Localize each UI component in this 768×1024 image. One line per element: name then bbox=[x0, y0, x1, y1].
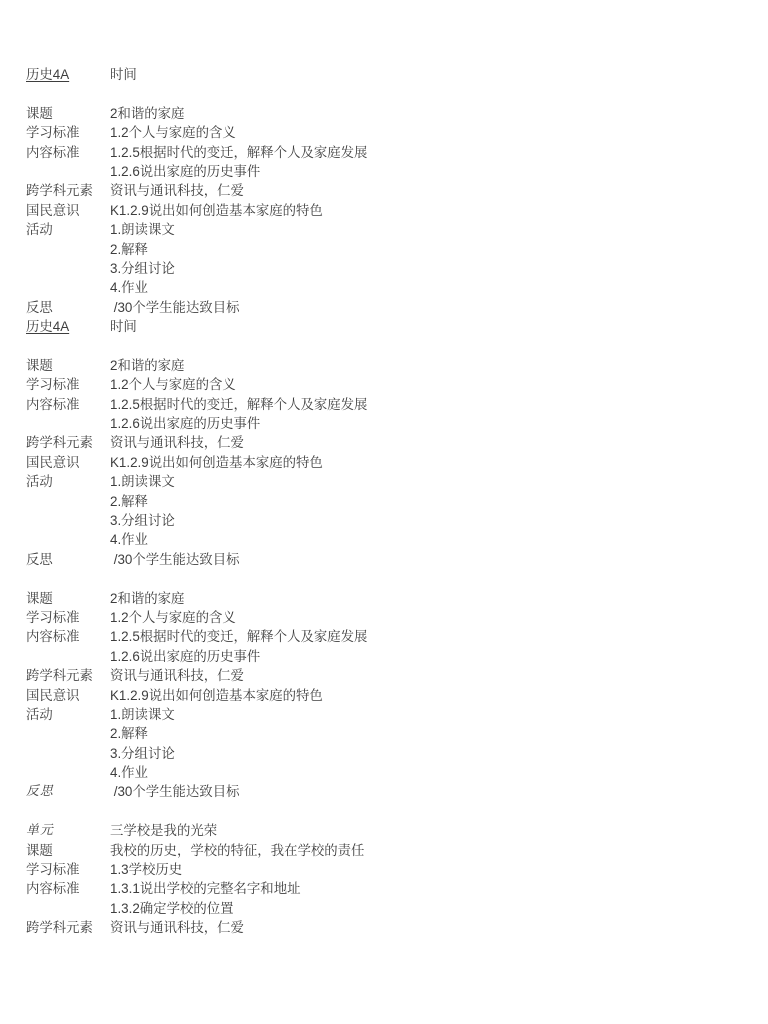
document-row: 1.3.2确定学校的位置 bbox=[26, 899, 742, 918]
document-row: 课题2和谐的家庭 bbox=[26, 589, 742, 608]
document-row: 活动1.朗读课文 bbox=[26, 220, 742, 239]
row-value: 1.2个人与家庭的含义 bbox=[110, 608, 742, 627]
row-value: 2.解释 bbox=[110, 724, 742, 743]
document-row: 反思 /30个学生能达致目标 bbox=[26, 298, 742, 317]
row-value: 3.分组讨论 bbox=[110, 744, 742, 763]
row-value: 我校的历史，学校的特征，我在学校的责任 bbox=[110, 841, 742, 860]
row-value: 1.朗读课文 bbox=[110, 472, 742, 491]
document-row: 课题2和谐的家庭 bbox=[26, 356, 742, 375]
document-row: 国民意识K1.2.9说出如何创造基本家庭的特色 bbox=[26, 453, 742, 472]
row-value: 2.解释 bbox=[110, 492, 742, 511]
row-value: 4.作业 bbox=[110, 530, 742, 549]
row-value: 三学校是我的光荣 bbox=[110, 821, 742, 840]
row-value: 1.朗读课文 bbox=[110, 705, 742, 724]
row-label: 国民意识 bbox=[26, 201, 110, 220]
row-label: 跨学科元素 bbox=[26, 433, 110, 452]
row-value: /30个学生能达致目标 bbox=[110, 782, 742, 801]
row-label: 课题 bbox=[26, 589, 110, 608]
row-value: 1.2个人与家庭的含义 bbox=[110, 375, 742, 394]
row-label: 学习标准 bbox=[26, 375, 110, 394]
row-value: 4.作业 bbox=[110, 278, 742, 297]
row-label: 国民意识 bbox=[26, 686, 110, 705]
row-value: 资讯与通讯科技，仁爱 bbox=[110, 666, 742, 685]
row-label: 活动 bbox=[26, 220, 110, 239]
row-value: 3.分组讨论 bbox=[110, 511, 742, 530]
row-label: 内容标准 bbox=[26, 627, 110, 646]
row-label: 活动 bbox=[26, 705, 110, 724]
row-label: 反思 bbox=[26, 298, 110, 317]
document-row: 内容标准1.2.5根据时代的变迁，解释个人及家庭发展 bbox=[26, 627, 742, 646]
document-row: 国民意识K1.2.9说出如何创造基本家庭的特色 bbox=[26, 686, 742, 705]
row-label: 反思 bbox=[26, 550, 110, 569]
document-row: 跨学科元素资讯与通讯科技，仁爱 bbox=[26, 433, 742, 452]
row-value: 时间 bbox=[110, 317, 742, 336]
document-row: 内容标准1.2.5根据时代的变迁，解释个人及家庭发展 bbox=[26, 395, 742, 414]
document-row: 3.分组讨论 bbox=[26, 744, 742, 763]
document-row: 4.作业 bbox=[26, 530, 742, 549]
row-value: 2和谐的家庭 bbox=[110, 104, 742, 123]
row-label: 内容标准 bbox=[26, 879, 110, 898]
document-row: 历史4A时间 bbox=[26, 65, 742, 84]
row-value: 1.2.6说出家庭的历史事件 bbox=[110, 647, 742, 666]
row-label: 内容标准 bbox=[26, 395, 110, 414]
row-value: 4.作业 bbox=[110, 763, 742, 782]
row-label: 课题 bbox=[26, 841, 110, 860]
document-row: 1.2.6说出家庭的历史事件 bbox=[26, 647, 742, 666]
row-label: 历史4A bbox=[26, 317, 110, 336]
document-row: 1.2.6说出家庭的历史事件 bbox=[26, 162, 742, 181]
row-value: 1.2.5根据时代的变迁，解释个人及家庭发展 bbox=[110, 627, 742, 646]
document-row: 跨学科元素资讯与通讯科技，仁爱 bbox=[26, 666, 742, 685]
row-label: 学习标准 bbox=[26, 860, 110, 879]
row-value: 1.2.5根据时代的变迁，解释个人及家庭发展 bbox=[110, 395, 742, 414]
document-row: 2.解释 bbox=[26, 240, 742, 259]
spacer-row bbox=[26, 802, 742, 821]
row-value: 1.2.6说出家庭的历史事件 bbox=[110, 414, 742, 433]
document-row: 内容标准1.3.1说出学校的完整名字和地址 bbox=[26, 879, 742, 898]
lesson-plan-document: 历史4A时间课题2和谐的家庭学习标准1.2个人与家庭的含义内容标准1.2.5根据… bbox=[26, 65, 742, 938]
document-row: 反思 /30个学生能达致目标 bbox=[26, 550, 742, 569]
document-row: 反思 /30个学生能达致目标 bbox=[26, 782, 742, 801]
document-row: 课题我校的历史，学校的特征，我在学校的责任 bbox=[26, 841, 742, 860]
row-label: 国民意识 bbox=[26, 453, 110, 472]
document-row: 4.作业 bbox=[26, 278, 742, 297]
row-label: 学习标准 bbox=[26, 608, 110, 627]
row-value: /30个学生能达致目标 bbox=[110, 550, 742, 569]
row-label: 内容标准 bbox=[26, 143, 110, 162]
document-row: 3.分组讨论 bbox=[26, 511, 742, 530]
document-row: 国民意识K1.2.9说出如何创造基本家庭的特色 bbox=[26, 201, 742, 220]
document-row: 历史4A时间 bbox=[26, 317, 742, 336]
row-label: 学习标准 bbox=[26, 123, 110, 142]
row-value: 1.2个人与家庭的含义 bbox=[110, 123, 742, 142]
document-row: 内容标准1.2.5根据时代的变迁，解释个人及家庭发展 bbox=[26, 143, 742, 162]
row-value: 3.分组讨论 bbox=[110, 259, 742, 278]
document-row: 2.解释 bbox=[26, 492, 742, 511]
row-label: 跨学科元素 bbox=[26, 181, 110, 200]
document-row: 学习标准1.2个人与家庭的含义 bbox=[26, 123, 742, 142]
document-row: 活动1.朗读课文 bbox=[26, 472, 742, 491]
document-row: 4.作业 bbox=[26, 763, 742, 782]
row-value: 1.2.5根据时代的变迁，解释个人及家庭发展 bbox=[110, 143, 742, 162]
row-value: 1.3.2确定学校的位置 bbox=[110, 899, 742, 918]
row-value: 2和谐的家庭 bbox=[110, 589, 742, 608]
document-row: 单元三学校是我的光荣 bbox=[26, 821, 742, 840]
row-value: 1.3.1说出学校的完整名字和地址 bbox=[110, 879, 742, 898]
row-value: 1.2.6说出家庭的历史事件 bbox=[110, 162, 742, 181]
document-row: 3.分组讨论 bbox=[26, 259, 742, 278]
document-row: 跨学科元素资讯与通讯科技，仁爱 bbox=[26, 918, 742, 937]
row-value: 1.朗读课文 bbox=[110, 220, 742, 239]
document-row: 活动1.朗读课文 bbox=[26, 705, 742, 724]
row-label: 历史4A bbox=[26, 65, 110, 84]
row-value: /30个学生能达致目标 bbox=[110, 298, 742, 317]
row-value: 2和谐的家庭 bbox=[110, 356, 742, 375]
row-value: 资讯与通讯科技，仁爱 bbox=[110, 433, 742, 452]
document-row: 学习标准1.2个人与家庭的含义 bbox=[26, 608, 742, 627]
row-value: K1.2.9说出如何创造基本家庭的特色 bbox=[110, 686, 742, 705]
document-row: 课题2和谐的家庭 bbox=[26, 104, 742, 123]
row-label: 单元 bbox=[26, 821, 110, 840]
spacer-row bbox=[26, 569, 742, 588]
row-label: 课题 bbox=[26, 104, 110, 123]
row-value: K1.2.9说出如何创造基本家庭的特色 bbox=[110, 201, 742, 220]
row-label: 课题 bbox=[26, 356, 110, 375]
row-value: 2.解释 bbox=[110, 240, 742, 259]
document-row: 2.解释 bbox=[26, 724, 742, 743]
document-row: 跨学科元素资讯与通讯科技，仁爱 bbox=[26, 181, 742, 200]
row-label: 反思 bbox=[26, 782, 110, 801]
document-row: 学习标准1.3学校历史 bbox=[26, 860, 742, 879]
row-value: 1.3学校历史 bbox=[110, 860, 742, 879]
spacer-row bbox=[26, 84, 742, 103]
spacer-row bbox=[26, 336, 742, 355]
row-value: K1.2.9说出如何创造基本家庭的特色 bbox=[110, 453, 742, 472]
row-label: 跨学科元素 bbox=[26, 666, 110, 685]
document-row: 学习标准1.2个人与家庭的含义 bbox=[26, 375, 742, 394]
row-value: 时间 bbox=[110, 65, 742, 84]
row-label: 活动 bbox=[26, 472, 110, 491]
row-label: 跨学科元素 bbox=[26, 918, 110, 937]
row-value: 资讯与通讯科技，仁爱 bbox=[110, 918, 742, 937]
document-row: 1.2.6说出家庭的历史事件 bbox=[26, 414, 742, 433]
row-value: 资讯与通讯科技，仁爱 bbox=[110, 181, 742, 200]
